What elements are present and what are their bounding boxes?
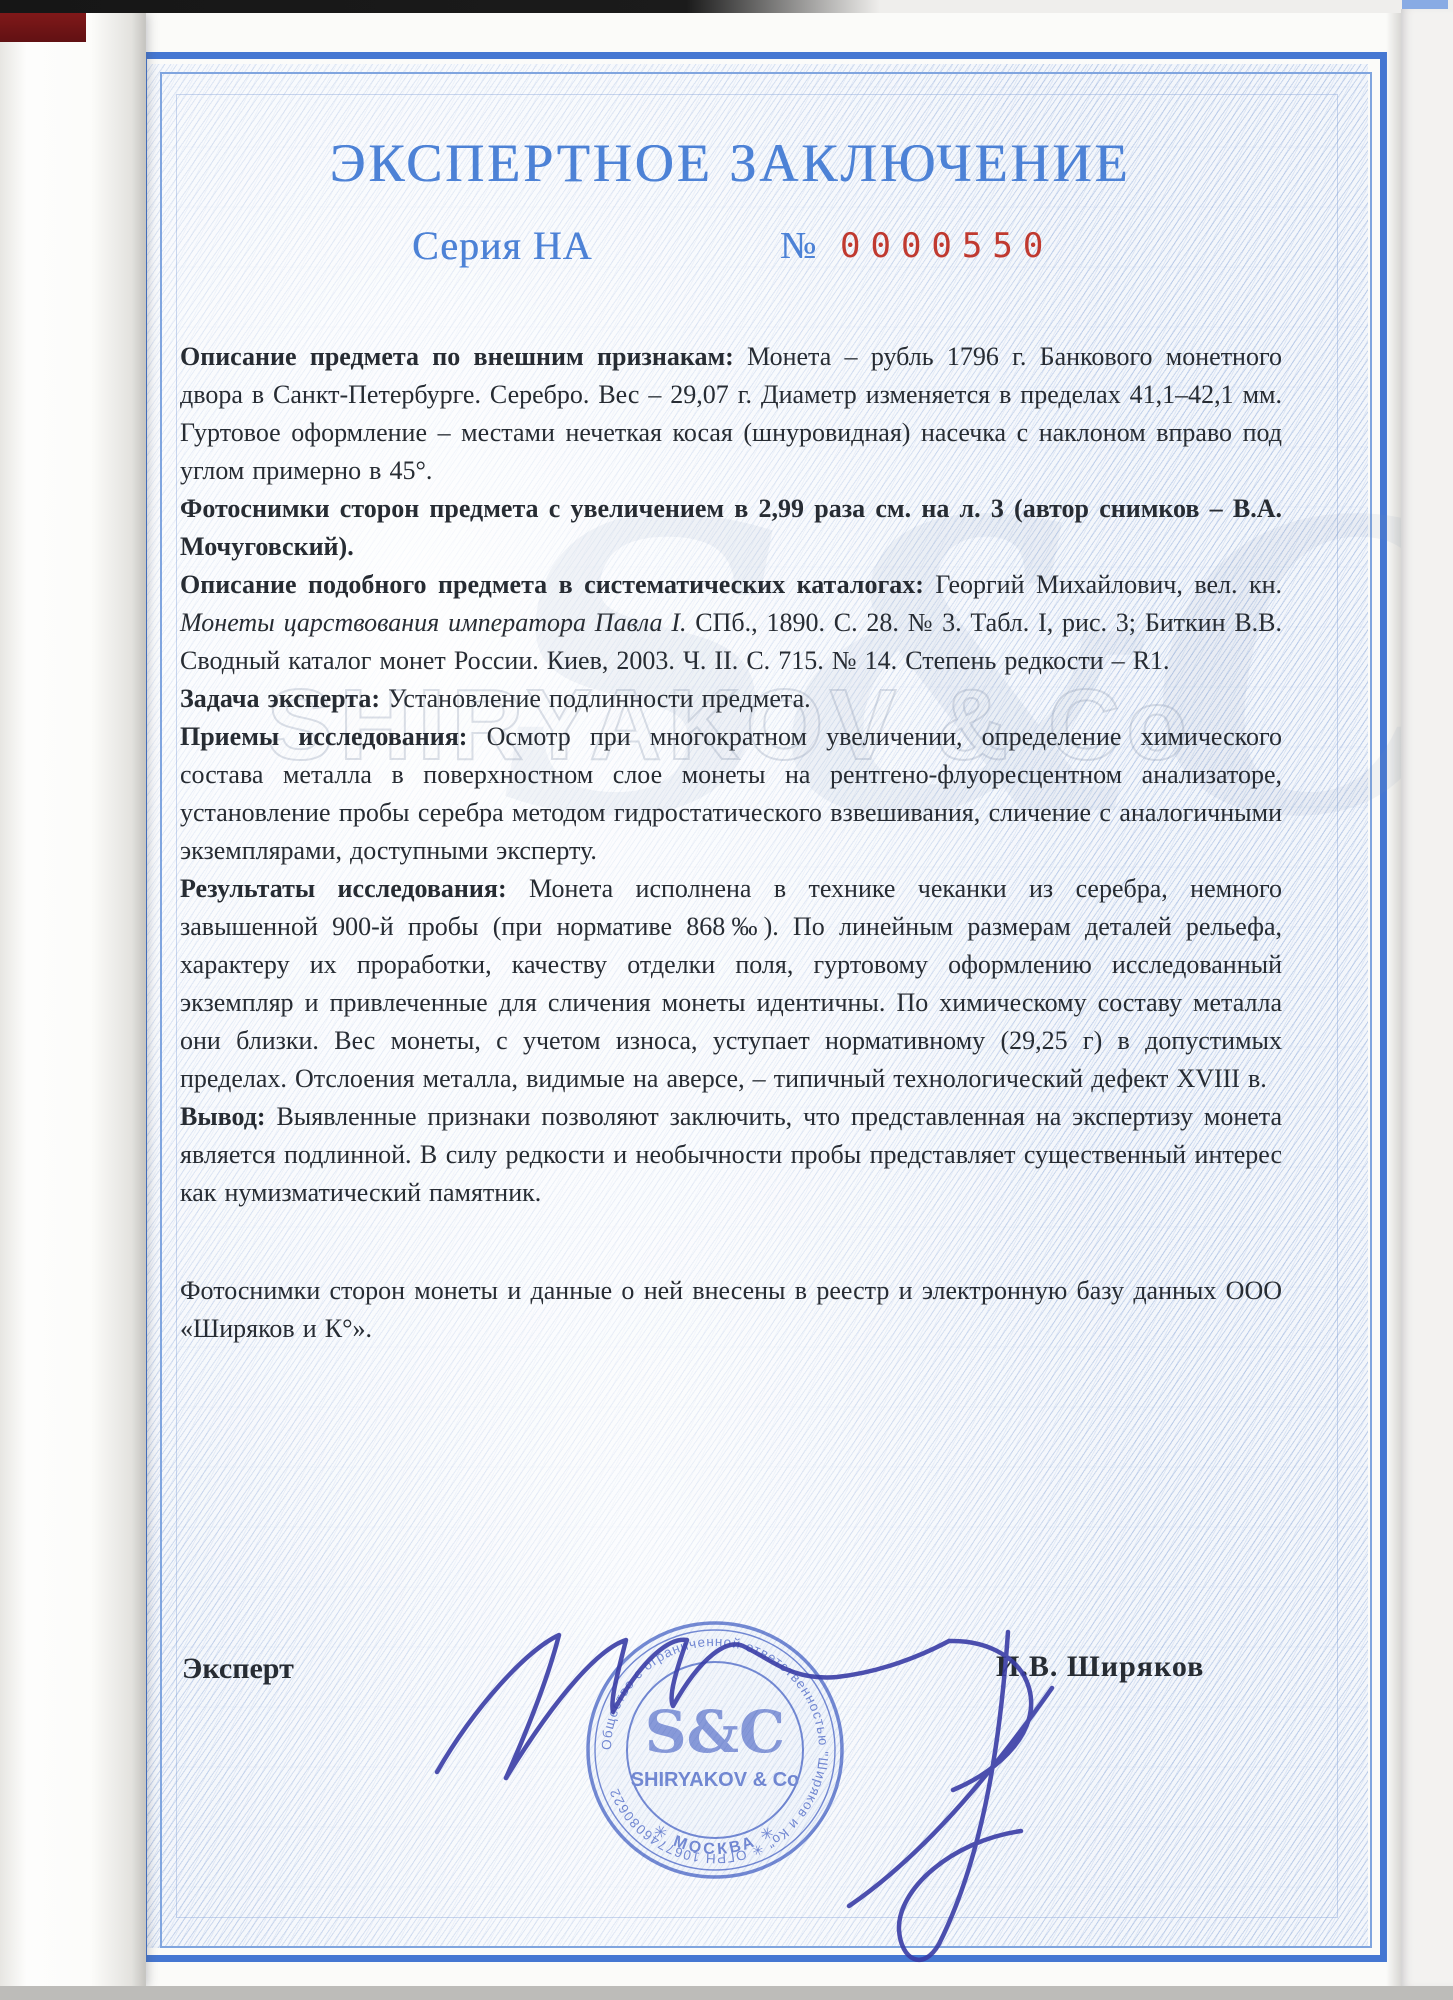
document-title: ЭКСПЕРТНОЕ ЗАКЛЮЧЕНИЕ: [180, 132, 1280, 194]
series-label: Серия НА: [412, 222, 593, 269]
paragraph-segment: Георгий Михайлович, вел. кн.: [935, 570, 1282, 599]
paragraph: Описание подобного предмета в систематич…: [180, 566, 1282, 680]
paragraph: Результаты исследования: Монета исполнен…: [180, 870, 1282, 1098]
scan-blue-corner-mark: [1402, 0, 1448, 9]
document-number: 0000550: [840, 226, 1053, 266]
number-sign: №: [780, 224, 816, 268]
paragraph-segment: Выявленные признаки позволяют заключить,…: [180, 1102, 1282, 1207]
paragraph-segment: Вывод:: [180, 1102, 276, 1131]
paragraph-segment: Фотоснимки сторон монеты и данные о ней …: [180, 1276, 1282, 1343]
paragraph-segment: Монеты царствования императора Павла I.: [180, 608, 686, 637]
expert-name: И.В. Ширяков: [996, 1650, 1204, 1684]
scanner-right-margin: [1401, 9, 1453, 1986]
paragraph: Приемы исследования: Осмотр при многокра…: [180, 718, 1282, 870]
body-paragraphs: Описание предмета по внешним признакам: …: [180, 338, 1282, 1348]
scanner-top-edge: [0, 0, 880, 13]
paper-edge-shadow: [1386, 13, 1401, 1986]
paragraph: Задача эксперта: Установление подлинност…: [180, 680, 1282, 718]
paragraph-segment: Приемы исследования:: [180, 722, 487, 751]
paragraph-segment: Фотоснимки сторон предмета с увеличением…: [180, 494, 1282, 561]
paragraph-segment: Результаты исследования:: [180, 874, 529, 903]
scanned-certificate: S&C SHIRYAKOV & Co ЭКСПЕРТНОЕ ЗАКЛЮЧЕНИЕ…: [0, 0, 1453, 2000]
paragraph: Фотоснимки сторон предмета с увеличением…: [180, 490, 1282, 566]
paragraph-segment: Установление подлинности предмета.: [388, 684, 811, 713]
paragraph-segment: Описание подобного предмета в систематич…: [180, 570, 935, 599]
scanner-bottom-edge: [0, 1986, 1453, 2000]
paragraph-segment: Задача эксперта:: [180, 684, 388, 713]
paragraph-segment: Описание предмета по внешним признакам:: [180, 342, 747, 371]
paragraph-segment: Монета исполнена в технике чеканки из се…: [180, 874, 1282, 1093]
series-row: Серия НА № 0000550: [180, 222, 1280, 274]
paragraph: Вывод: Выявленные признаки позволяют зак…: [180, 1098, 1282, 1212]
expert-label: Эксперт: [182, 1652, 294, 1686]
paragraph: Описание предмета по внешним признакам: …: [180, 338, 1282, 490]
paragraph: Фотоснимки сторон монеты и данные о ней …: [180, 1272, 1282, 1348]
page-binding-curl: [0, 9, 146, 1992]
